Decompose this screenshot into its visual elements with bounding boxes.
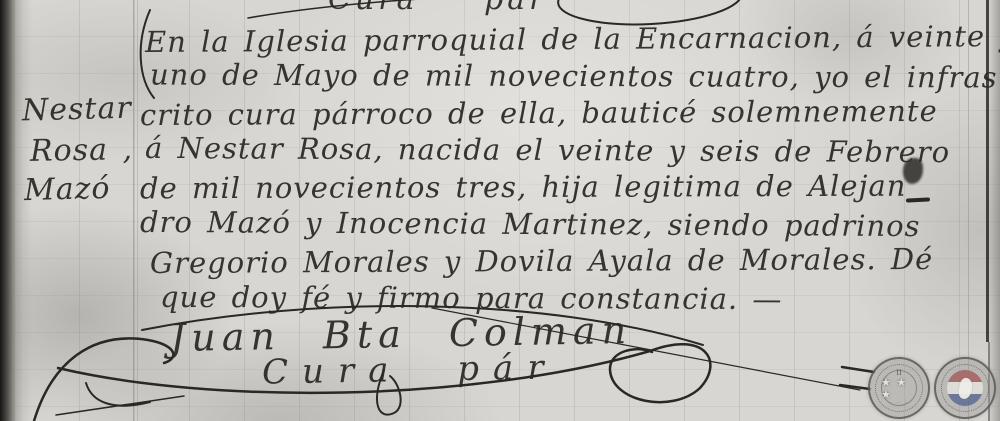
record-text-line-4: á Nestar Rosa, nacida el veinte y seis d… (145, 131, 950, 169)
seal-bottom-dots: · · · (889, 401, 909, 407)
watermark-seal-flag (934, 357, 996, 419)
book-gutter-shadow (0, 0, 32, 421)
seal-entry-stroke-lower (840, 385, 870, 389)
bottom-left-diagonal (56, 396, 184, 415)
record-text-line-1: En la Iglesia parroquial de la Encarnaci… (145, 19, 1000, 59)
margin-rule-line-2 (137, 0, 138, 421)
rubric-right-oval (610, 344, 710, 402)
margin-name-line-3: Mazó (24, 171, 111, 208)
priest-title-rubric: Cura pár (262, 347, 558, 392)
margin-rule-line (133, 0, 134, 421)
scanned-register-page: Cura par Nestar Rosa , Mazó En la Iglesi… (0, 0, 1000, 421)
record-text-line-3: crito cura párroco de ella, bauticé sole… (140, 94, 938, 132)
ink-dash-mark (906, 197, 930, 202)
watermark-seal-stars: II ★ ★ ★ · · · (868, 357, 930, 419)
signature-left-loop (34, 338, 173, 421)
margin-name-line-2: Rosa , (30, 132, 134, 169)
record-text-line-7: Gregorio Morales y Dovila Ayala de Moral… (150, 242, 933, 280)
previous-entry-fragment: Cura par (328, 0, 547, 17)
bottom-left-curve (86, 383, 150, 406)
seal-stars-row: ★ ★ ★ (881, 377, 917, 401)
record-text-line-5: de mil novecientos tres, hija legitima d… (140, 169, 907, 206)
margin-name-line-1: Nestar (22, 91, 133, 129)
record-text-line-6: dro Mazó y Inocencia Martinez, siendo pa… (140, 205, 921, 243)
seal-entry-stroke-upper (842, 367, 874, 372)
ink-blot (903, 158, 923, 184)
record-text-line-2: uno de Mayo de mil novecientos cuatro, y… (150, 58, 998, 95)
